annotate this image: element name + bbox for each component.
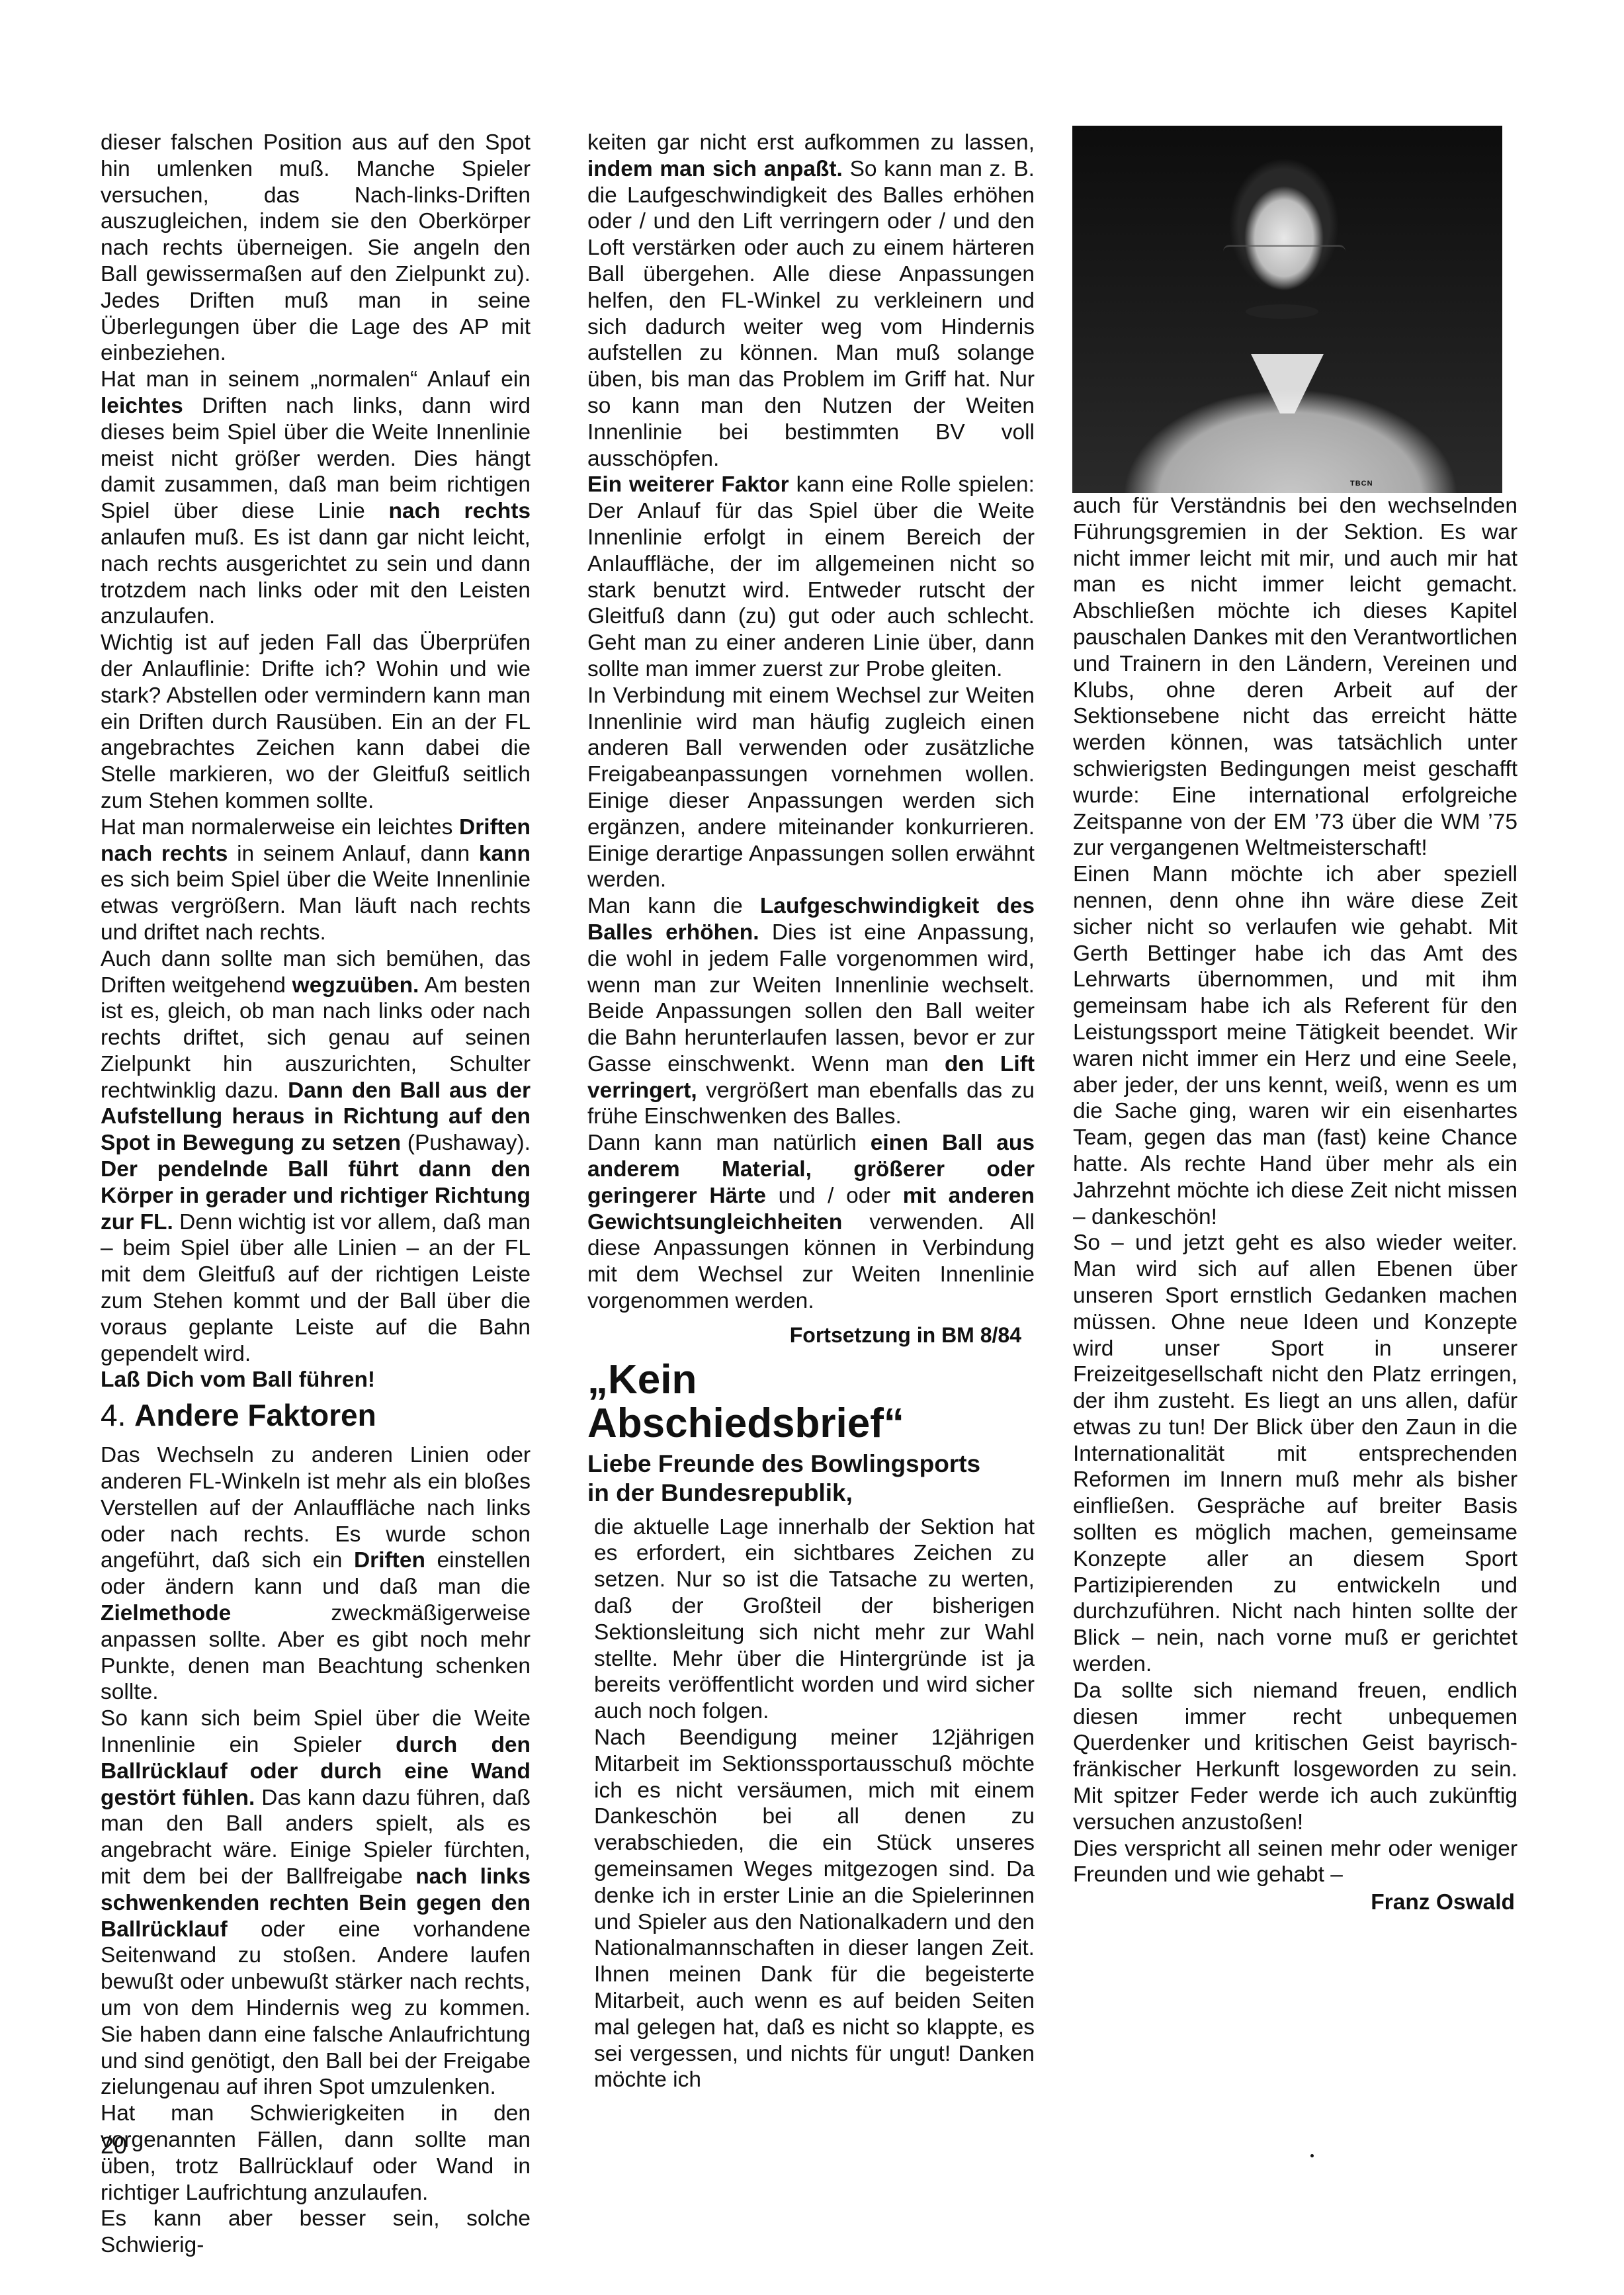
emphasis-text: Der pendelnde Ball führt dann den Körper… [101, 1157, 531, 1234]
letter-paragraph: auch für Verständnis bei den wechselnden… [1073, 493, 1517, 861]
article1-left-paragraphs-after-heading: Das Wechseln zu anderen Linien oder ande… [101, 1442, 531, 2259]
emphasis-text: Zielmethode [101, 1601, 231, 1625]
emphasis-text: durch den Ballrücklauf oder durch eine W… [101, 1733, 531, 1810]
letter-body-middle: die aktuelle Lage innerhalb der Sektion … [587, 1514, 1035, 2094]
photo-shirt-collar [1251, 354, 1324, 413]
letter-paragraph: Dies verspricht all seinen mehr oder wen… [1073, 1836, 1517, 1889]
article-paragraph: Es kann aber besser sein, solche Schwier… [101, 2206, 531, 2259]
emphasis-text: indem man sich anpaßt. [587, 157, 843, 181]
photo-glasses [1223, 245, 1346, 268]
emphasis-text: Laufgeschwindigkeit des Balles erhöhen. [587, 894, 1035, 945]
emphasis-text: kann [479, 842, 531, 866]
emphasis-text: den Lift verringert, [587, 1052, 1035, 1103]
letter-paragraph: Da sollte sich niemand freuen, endlich d… [1073, 1678, 1517, 1836]
article1-middle-paragraphs: keiten gar nicht erst aufkommen zu lasse… [587, 130, 1035, 1315]
letter-salutation: Liebe Freunde des Bowlingsports in der B… [587, 1450, 1035, 1508]
emphasis-text: nach links schwenkenden rechten Bein geg… [101, 1864, 531, 1942]
emphasis-text: Driften nach rechts [101, 815, 531, 866]
decorative-dot [1310, 2154, 1314, 2157]
right-column: auch für Verständnis bei den wechselnden… [1073, 493, 1517, 1916]
article1-left-paragraphs: dieser falschen Position aus auf den Spo… [101, 130, 531, 1393]
author-signature: Franz Oswald [1073, 1889, 1517, 1916]
letter-paragraph: die aktuelle Lage innerhalb der Sektion … [594, 1514, 1035, 1725]
article-paragraph: Hat man normalerweise ein leichtes Drift… [101, 814, 531, 946]
salutation-line1: Liebe Freunde des Bowlingsports [587, 1450, 980, 1477]
emphasis-text: Laß Dich vom Ball führen! [101, 1367, 375, 1392]
section-title: Andere Faktoren [134, 1398, 376, 1432]
article-paragraph: keiten gar nicht erst aufkommen zu lasse… [587, 130, 1035, 472]
emphasis-text: leichtes [101, 394, 183, 418]
letter-paragraph: Einen Mann möchte ich aber speziell nenn… [1073, 861, 1517, 1230]
photo-jacket-logo: TBCN [1350, 480, 1373, 488]
emphasis-text: Dann den Ball aus der Aufstellung heraus… [101, 1078, 531, 1156]
article-paragraph: Hat man in seinem „normalen“ Anlauf ein … [101, 367, 531, 630]
middle-column: keiten gar nicht erst aufkommen zu lasse… [587, 130, 1035, 2093]
article-paragraph: So kann sich beim Spiel über die Weite I… [101, 1706, 531, 2100]
article-paragraph: dieser falschen Position aus auf den Spo… [101, 130, 531, 367]
salutation-line2: in der Bundesrepublik, [587, 1479, 853, 1506]
article-paragraph: Wichtig ist auf jeden Fall das Überprüfe… [101, 630, 531, 814]
article-paragraph: Hat man Schwierigkeiten in den vorgenann… [101, 2100, 531, 2206]
emphasis-text: nach rechts [389, 499, 531, 523]
left-column: dieser falschen Position aus auf den Spo… [101, 130, 531, 2259]
continuation-note: Fortsetzung in BM 8/84 [587, 1322, 1035, 1349]
article-title-line2: Abschiedsbrief“ [587, 1401, 904, 1446]
page-number: 20 [101, 2132, 127, 2159]
article-paragraph: Laß Dich vom Ball führen! [101, 1367, 531, 1393]
article-paragraph: Auch dann sollte man sich bemühen, das D… [101, 946, 531, 1367]
article-title-line1: „Kein [587, 1357, 697, 1403]
emphasis-text: wegzuüben. [292, 973, 419, 998]
article-title: „Kein Abschiedsbrief“ [587, 1358, 1035, 1446]
article-paragraph: In Verbindung mit einem Wechsel zur Weit… [587, 683, 1035, 893]
article-paragraph: Man kann die Laufgeschwindigkeit des Bal… [587, 893, 1035, 1130]
author-portrait-photo: TBCN [1072, 126, 1502, 493]
article-paragraph: Dann kann man natürlich einen Ball aus a… [587, 1130, 1035, 1315]
letter-paragraph: So – und jetzt geht es also wieder weite… [1073, 1230, 1517, 1678]
section-number: 4. [101, 1398, 126, 1432]
section-heading: 4. Andere Faktoren [101, 1396, 531, 1434]
photo-mustache [1246, 304, 1318, 319]
article-paragraph: Das Wechseln zu anderen Linien oder ande… [101, 1442, 531, 1706]
letter-paragraph: Nach Beendigung meiner 12jährigen Mitarb… [594, 1725, 1035, 2093]
emphasis-text: Driften [354, 1548, 425, 1573]
article-paragraph: Ein weiterer Faktor kann eine Rolle spie… [587, 472, 1035, 682]
emphasis-text: Ein weiterer Faktor [587, 472, 789, 497]
